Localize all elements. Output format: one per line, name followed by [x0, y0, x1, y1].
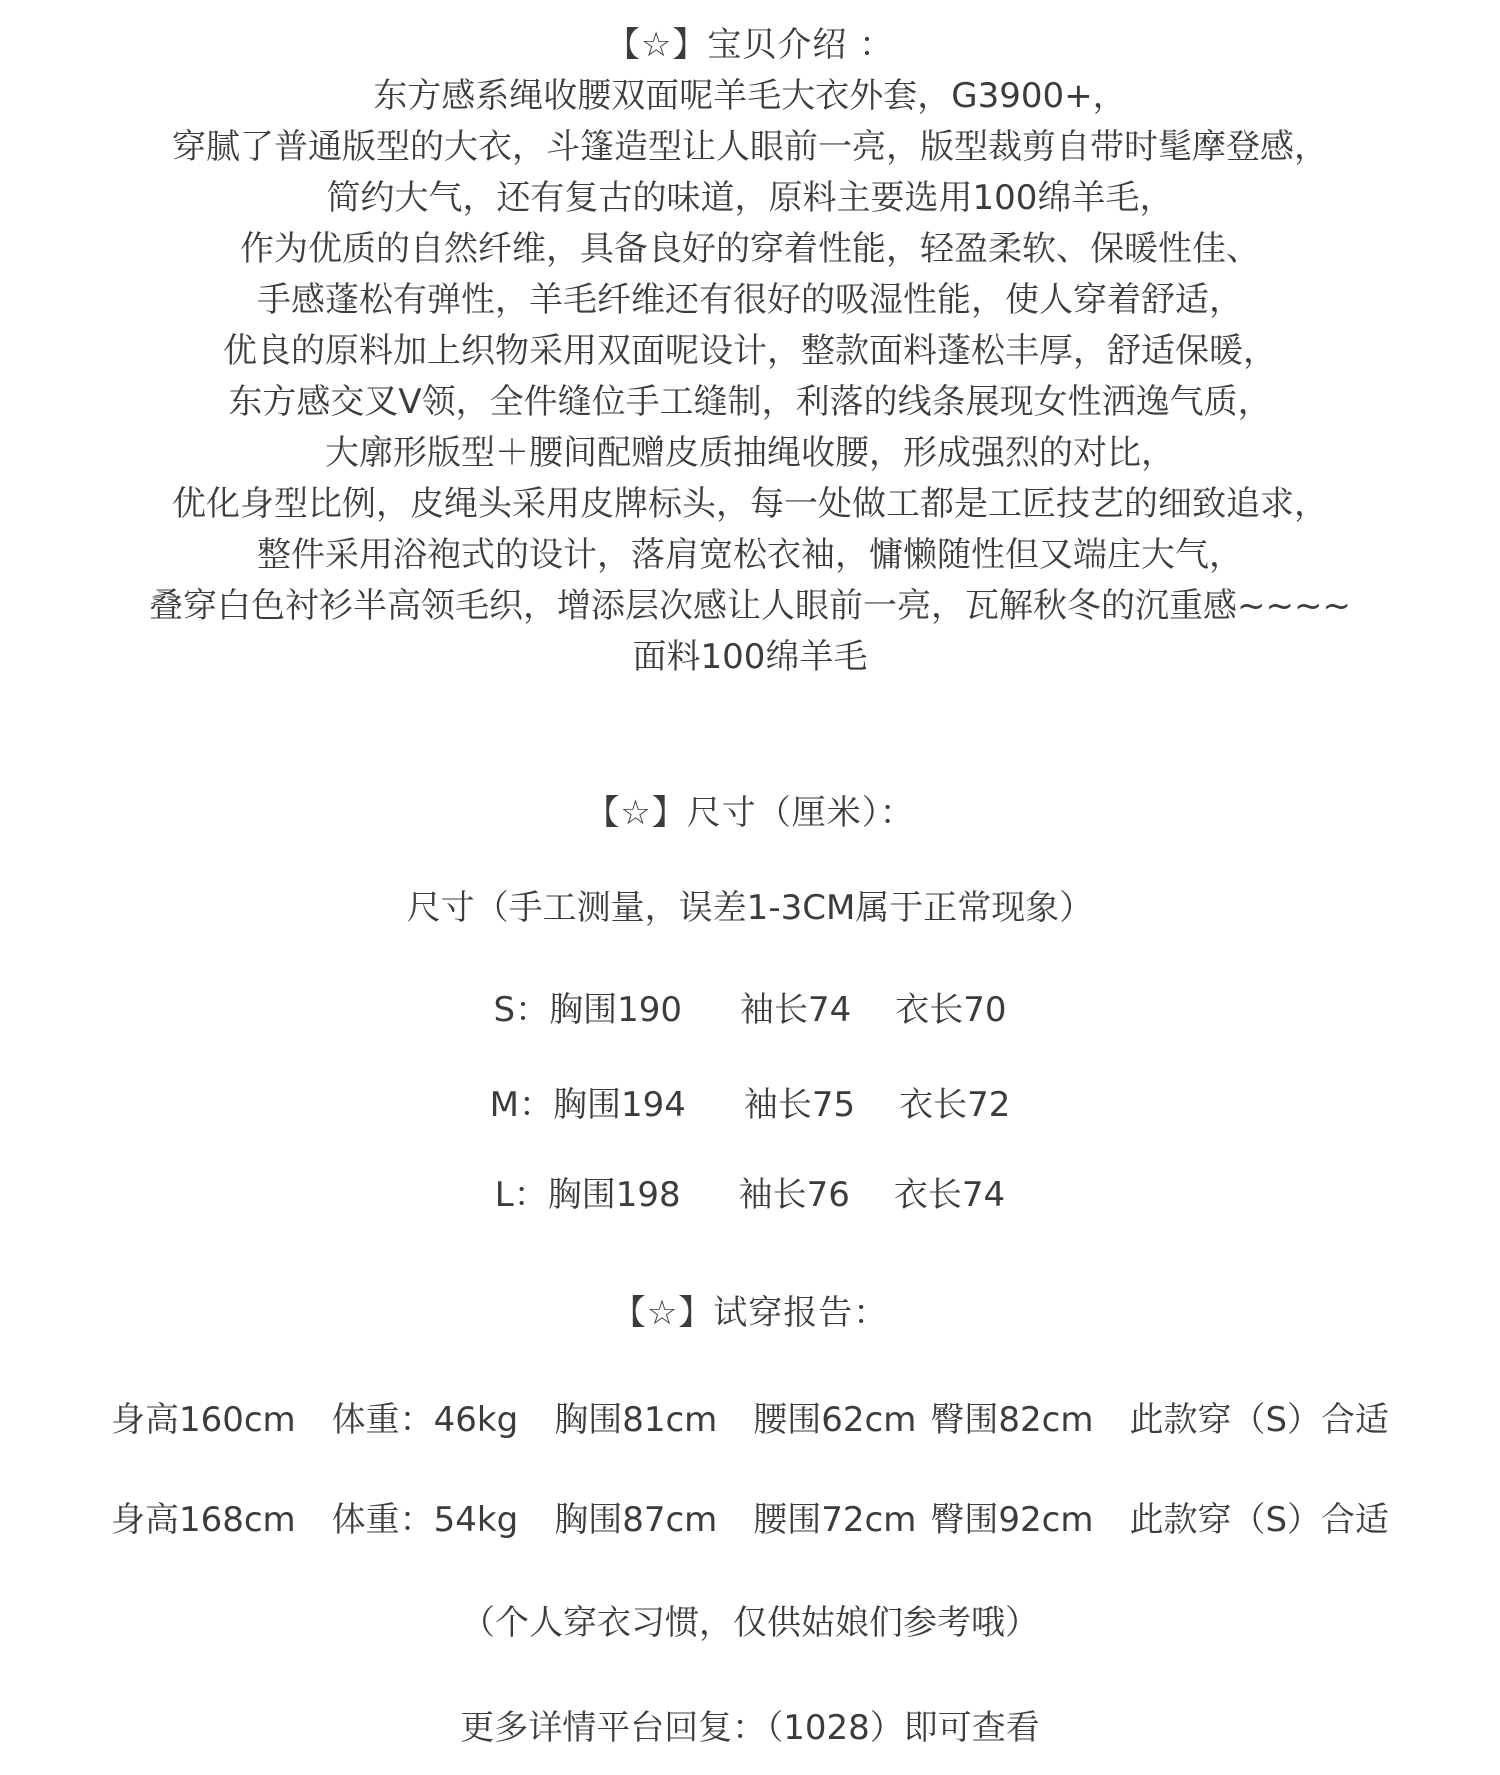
fit-weight: 体重：54kg — [332, 1495, 519, 1545]
fit-bust: 胸围81cm — [554, 1395, 717, 1445]
size-sleeve: 袖长76 — [739, 1170, 850, 1220]
intro-line: 作为优质的自然纤维，具备良好的穿着性能，轻盈柔软、保暖性佳、 — [0, 224, 1500, 275]
intro-line: 东方感交叉V领，全件缝位手工缝制，利落的线条展现女性洒逸气质， — [0, 377, 1500, 428]
fit-height: 身高160cm — [111, 1395, 296, 1445]
size-bust: 胸围190 — [549, 985, 682, 1035]
intro-line: 大廓形版型＋腰间配赠皮质抽绳收腰，形成强烈的对比， — [0, 428, 1500, 479]
size-sleeve: 袖长74 — [740, 985, 851, 1035]
fit-hip: 臀围92cm — [930, 1495, 1093, 1545]
size-bust: 胸围198 — [548, 1170, 681, 1220]
intro-section: 【☆】宝贝介绍 ： 东方感系绳收腰双面呢羊毛大衣外套，G3900+， 穿腻了普通… — [0, 20, 1500, 683]
fit-report-heading: 【☆】试穿报告： — [0, 1285, 1500, 1334]
size-label: M： — [490, 1080, 553, 1130]
intro-line: 东方感系绳收腰双面呢羊毛大衣外套，G3900+， — [0, 71, 1500, 122]
size-row-s: S：胸围190 袖长74 衣长70 — [0, 985, 1500, 1035]
intro-line: 穿腻了普通版型的大衣，斗篷造型让人眼前一亮，版型裁剪自带时髦摩登感， — [0, 122, 1500, 173]
size-length: 衣长72 — [899, 1080, 1010, 1130]
intro-line: 优良的原料加上织物采用双面呢设计，整款面料蓬松丰厚，舒适保暖， — [0, 326, 1500, 377]
size-bust: 胸围194 — [553, 1080, 686, 1130]
fit-report-row: 身高160cm 体重：46kg 胸围81cm 腰围62cm 臀围82cm 此款穿… — [0, 1395, 1500, 1445]
size-measure-note: 尺寸（手工测量，误差1-3CM属于正常现象） — [0, 880, 1500, 929]
intro-line: 面料100绵羊毛 — [0, 632, 1500, 683]
more-details-hint: 更多详情平台回复：（1028）即可查看 — [0, 1700, 1500, 1749]
intro-line: 整件采用浴袍式的设计，落肩宽松衣袖，慵懒随性但又端庄大气， — [0, 530, 1500, 581]
size-sleeve: 袖长75 — [744, 1080, 855, 1130]
fit-height: 身高168cm — [111, 1495, 296, 1545]
intro-line: 优化身型比例，皮绳头采用皮牌标头，每一处做工都是工匠技艺的细致追求， — [0, 479, 1500, 530]
size-length: 衣长74 — [894, 1170, 1005, 1220]
fit-verdict: 此款穿（S）合适 — [1129, 1495, 1389, 1545]
fit-waist: 腰围72cm — [753, 1495, 916, 1545]
fit-report-note: （个人穿衣习惯，仅供姑娘们参考哦） — [0, 1595, 1500, 1644]
fit-bust: 胸围87cm — [554, 1495, 717, 1545]
fit-waist: 腰围62cm — [753, 1395, 916, 1445]
size-row-l: L：胸围198 袖长76 衣长74 — [0, 1170, 1500, 1220]
size-label: S： — [493, 985, 549, 1035]
intro-heading: 【☆】宝贝介绍 ： — [0, 20, 1500, 71]
size-section-heading: 【☆】尺寸（厘米）： — [0, 785, 1500, 834]
intro-line: 简约大气，还有复古的味道，原料主要选用100绵羊毛， — [0, 173, 1500, 224]
fit-verdict: 此款穿（S）合适 — [1129, 1395, 1389, 1445]
size-length: 衣长70 — [895, 985, 1006, 1035]
intro-line: 手感蓬松有弹性，羊毛纤维还有很好的吸湿性能，使人穿着舒适， — [0, 275, 1500, 326]
size-row-m: M：胸围194 袖长75 衣长72 — [0, 1080, 1500, 1130]
fit-weight: 体重：46kg — [332, 1395, 519, 1445]
fit-report-row: 身高168cm 体重：54kg 胸围87cm 腰围72cm 臀围92cm 此款穿… — [0, 1495, 1500, 1545]
size-label: L： — [495, 1170, 548, 1220]
fit-hip: 臀围82cm — [930, 1395, 1093, 1445]
intro-line: 叠穿白色衬衫半高领毛织，增添层次感让人眼前一亮，瓦解秋冬的沉重感~~~~ — [0, 581, 1500, 632]
product-description-page: { "page": { "background": "#ffffff", "te… — [0, 0, 1500, 1775]
